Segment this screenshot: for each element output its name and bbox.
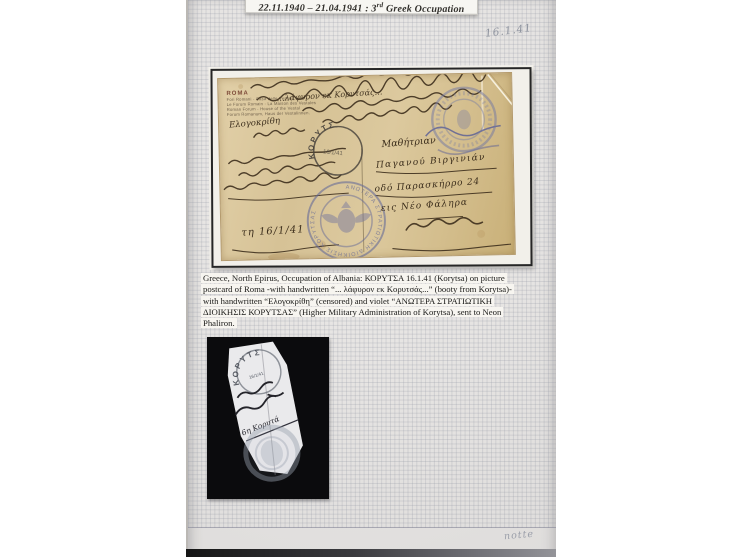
- cds-date-text: 16/1/41: [323, 149, 343, 157]
- caption-line: postcard of Roma -with handwritten “... …: [203, 284, 512, 294]
- period-header-label: 22.11.1940 – 21.04.1941 : 3rd Greek Occu…: [245, 0, 478, 15]
- caption-line: Phaliron.: [203, 318, 235, 328]
- caption-line: with handwritten “Ελογοκρίθη” (censored)…: [203, 296, 492, 306]
- card-crease: [482, 73, 514, 131]
- caption-line: Greece, North Epirus, Occupation of Alba…: [203, 273, 505, 283]
- korytsa-cds-postmark: ΚΟΡΥΤΣ 16/1/41: [306, 119, 363, 175]
- photographed-album-page: 22.11.1940 – 21.04.1941 : 3rd Greek Occu…: [0, 0, 740, 557]
- violet-stamp-top-right: [432, 87, 497, 152]
- header-title: Greek Occupation: [383, 3, 464, 15]
- description-caption: Greece, North Epirus, Occupation of Alba…: [203, 273, 519, 329]
- header-dates: 22.11.1940 – 21.04.1941 : 3: [258, 3, 376, 15]
- caption-line: ΔΙΟΙΚΗΣΙΣ ΚΟΡΥΤΣΑΣ” (Higher Military Adm…: [203, 307, 501, 317]
- cancel-fragment-photo: ΚΟΡΥΤΣ 16/1/41 6η Κορυτά: [207, 337, 329, 499]
- exhibit-frame: ROMA Fori Romani - Casa delle Vestali Le…: [210, 67, 532, 268]
- postcard: ROMA Fori Romani - Casa delle Vestali Le…: [217, 72, 516, 261]
- detail-photo-panel: ΚΟΡΥΤΣ 16/1/41 6η Κορυτά: [207, 337, 329, 499]
- page-bottom-edge-shadow: [186, 549, 556, 557]
